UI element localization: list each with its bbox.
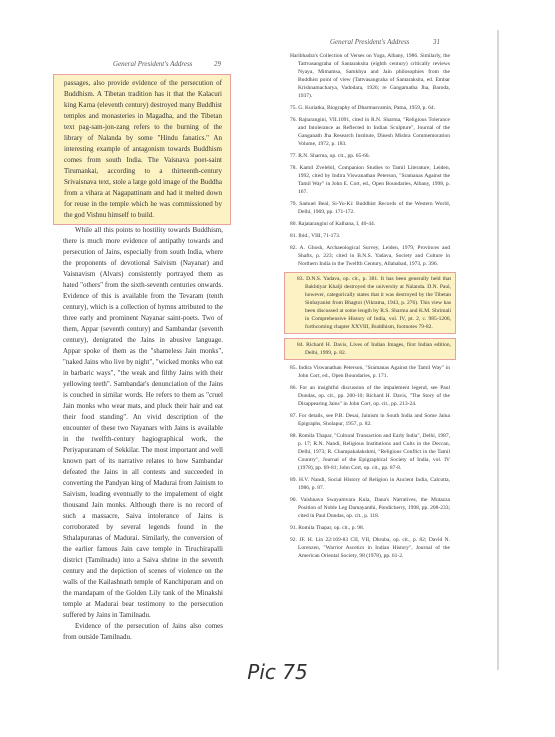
endnote: 89. H.V. Nandi, Social History of Religi…: [290, 476, 450, 492]
body-paragraph: Evidence of the persecution of Jains als…: [53, 621, 231, 643]
highlighted-endnote-text: 83. D.N.S. Yadava, op. cit., p. 381. It …: [297, 275, 451, 331]
right-page: General President's Address 31 Haribhadr…: [290, 38, 450, 564]
endnote: 80. Rajatarangini of Kalhana, I, 40-44.: [290, 220, 450, 228]
endnote: 85. Indira Viswanathan Peterson, "Sraman…: [290, 364, 450, 380]
highlighted-passage: passages, also provide evidence of the p…: [53, 74, 231, 225]
highlighted-endnote: 83. D.N.S. Yadava, op. cit., p. 381. It …: [284, 272, 456, 334]
endnote: 76. Rajtarangini, VII.1091, cited in R.N…: [290, 116, 450, 148]
endnote: 91. Romila Thapar, op. cit., p. 98.: [290, 524, 450, 532]
page-edge-divider: [497, 30, 499, 670]
left-page: General President's Address 29 passages,…: [53, 60, 231, 643]
highlighted-endnote-text: 84. Richard H. Davis, Lives of Indian Im…: [297, 341, 451, 357]
endnote: 87. For details, see P.B. Desai, Jainism…: [290, 412, 450, 428]
endnote: Haribhadra's Collection of Verses on Yog…: [290, 52, 450, 100]
endnote: 77. R.N. Sharma, op. cit., pp. 65-66.: [290, 152, 450, 160]
left-page-number: 29: [214, 60, 221, 68]
endnote: 78. Kamil Zvelebil, Companion Studies to…: [290, 164, 450, 196]
right-running-head: General President's Address 31: [290, 38, 450, 46]
endnote: 81. Ibid., VIII, 71-173.: [290, 232, 450, 240]
endnote: 79. Samuel Beal, Si-Yu-Ki: Buddhist Reco…: [290, 200, 450, 216]
picture-caption: Pic 75: [0, 660, 555, 684]
endnote: 88. Romila Thapar, "Cultural Transaction…: [290, 432, 450, 472]
endnote: 92. JF. H. Lin 22:169-83 CII, VII, Dhrub…: [290, 536, 450, 560]
left-running-head-title: General President's Address: [113, 60, 192, 68]
endnote: 82. A. Ghosh, Archaeological Survey, Lei…: [290, 244, 450, 268]
endnote: 90. Vaishnava Swayamvara Kula, Dana's Na…: [290, 496, 450, 520]
endnote: 75. G. Kuriatka, Biography of Dharmasvam…: [290, 104, 450, 112]
right-running-head-title: General President's Address: [330, 38, 409, 46]
right-page-number: 31: [433, 38, 440, 46]
left-running-head: General President's Address 29: [53, 60, 231, 68]
highlighted-endnote: 84. Richard H. Davis, Lives of Indian Im…: [284, 338, 456, 360]
highlighted-paragraph-text: passages, also provide evidence of the p…: [64, 78, 222, 221]
body-paragraph: While all this points to hostility towar…: [53, 225, 231, 621]
endnote: 86. For an insightful discussion of the …: [290, 384, 450, 408]
